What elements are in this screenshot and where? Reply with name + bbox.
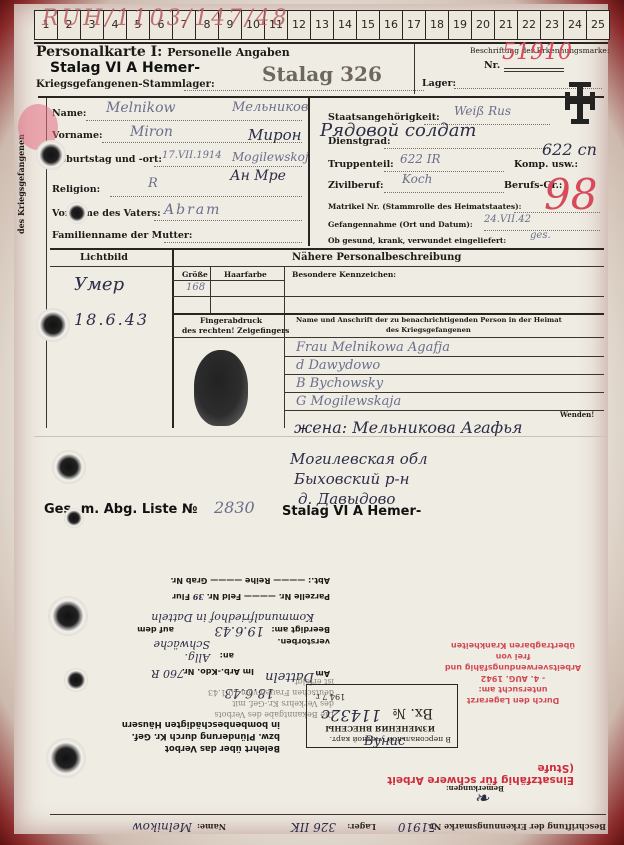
medical-stamp-line: Durch den Lagerarzt (438, 695, 588, 706)
naehere-label: Nähere Personalbeschreibung (292, 252, 461, 263)
geburt-value: 17.VII.1914 (162, 150, 222, 161)
footer-lager-value: 326 IIK (291, 820, 336, 834)
truppe-label: Truppenteil: (328, 159, 394, 170)
strip-cell: 24 (564, 11, 587, 39)
cyrillic-contact: жена: Мельникова Агафья (294, 418, 523, 437)
russian-stamp-vx-label: Вх. № (393, 705, 433, 721)
strip-cell: 22 (518, 11, 541, 39)
finger-label-2: des rechten! Zeigefingers (182, 326, 289, 335)
strip-cell: 16 (380, 11, 403, 39)
geburt-extra: Ан Мре (230, 168, 286, 184)
finger-label-1: Fingerabdruck (200, 316, 262, 325)
strip-cell: 25 (587, 11, 609, 39)
cyrillic-address-line: Могилевская обл (290, 450, 428, 468)
personal-card: 1234567891011121314151617181920212223242… (14, 4, 608, 834)
kontakt-rule (284, 374, 604, 375)
komp-value: 622 сп (542, 140, 597, 159)
vater-value: Abram (164, 202, 221, 218)
zivil-value: Koch (402, 172, 432, 186)
name-value-latin: Melnikow (106, 100, 176, 116)
punch-hole (52, 450, 86, 484)
footer-name-value: Melnikow (132, 820, 192, 834)
footer-label-2: Lager: (347, 822, 376, 832)
strip-cell: 19 (449, 11, 472, 39)
matrikel-label: Matrikel Nr. (Stammrolle des Heimatstaat… (328, 202, 521, 211)
card-title: Personalkarte I: Personelle Angaben (36, 44, 290, 60)
belehrt-line: Belehrt über das Verbot (110, 742, 280, 754)
footer-name-label: Name: (197, 822, 226, 832)
grave-label: Abt.: ———— Reihe ———— Grab Nr. (170, 576, 330, 586)
dienstgrad-value: Рядовой солдат (320, 120, 477, 141)
belehrt-line: in bombenbeschädigten Häusern (110, 718, 280, 730)
burial-section: Am Datteln Im Arb.-Kdo. Nr. 760 R 18.6.4… (134, 570, 334, 680)
strip-handwriting: RUH/1103/147/48 (42, 6, 290, 31)
punch-hole (64, 668, 88, 692)
gesund-label: Ob gesund, krank, verwundet eingeliefert… (328, 236, 506, 245)
kontakt-rule (284, 410, 604, 411)
russian-stamp-year: 194 7 г. (313, 692, 345, 701)
medical-stamp-line: Arbeitsverwendungsfähig und frei von (438, 651, 588, 673)
religion-value: R (148, 176, 158, 191)
arb-kdo-value: 760 R (151, 667, 184, 680)
strip-cell: 18 (426, 11, 449, 39)
strip-cell: 17 (403, 11, 426, 39)
gesund-value: ges. (530, 230, 551, 241)
id-tag-nr-value: 51910 (502, 40, 572, 65)
kontakt-line: Frau Melnikowa Agafja (296, 340, 450, 355)
camp-stamp-top: Stalag VI A Hemer- (50, 60, 200, 76)
side-label: des Kriegsgefangenen (16, 134, 26, 234)
footer-label-1: Beschriftung der Erkennungsmarke Nr. (428, 822, 606, 832)
liste-value: 2830 (214, 498, 255, 517)
groesse-label: Größe (182, 270, 208, 279)
vorname-value-cyrillic: Мирон (248, 126, 302, 144)
footer-line: Beschriftung der Erkennungsmarke Nr. 519… (50, 816, 606, 832)
footer-nr-value: 51910 (398, 820, 436, 834)
religion-label: Religion: (52, 184, 100, 195)
truppe-value: 622 IR (400, 152, 441, 166)
arb-kdo-label: Im Arb.-Kdo. Nr. (182, 667, 254, 676)
vorname-value-latin: Miron (130, 124, 173, 140)
title-text: Personalkarte I: (36, 44, 162, 60)
gefangen-label: Gefangennahme (Ort und Datum): (328, 220, 473, 229)
kontakt-line: B Bychowsky (296, 376, 383, 391)
strip-cell: 13 (311, 11, 334, 39)
punch-hole (46, 738, 86, 778)
fingerprint (194, 350, 248, 426)
punch-hole (66, 202, 88, 224)
name-label: Name: (52, 108, 86, 119)
strip-cell: 15 (357, 11, 380, 39)
belehrt-line: bzw. Plünderung durch Kr. Gef. (110, 730, 280, 742)
beerdigt-label: Beerdigt am: (271, 625, 330, 634)
work-fitness-stamp: Einsatzfähig für schwere Arbeit (Stufe (374, 762, 574, 786)
friedhof-value: Kommunalfriedhof in Datteln (151, 611, 314, 624)
pluenderung-notice: Belehrt über das Verbotbzw. Plünderung d… (110, 718, 280, 754)
strip-cell: 14 (334, 11, 357, 39)
staat-value: Weiß Rus (454, 104, 511, 118)
camp-label: Kriegsgefangenen-Stammlager: (36, 79, 215, 90)
kontakt-rule (284, 392, 604, 393)
kontakt-header-1: Name und Anschrift der zu benachrichtige… (296, 316, 562, 324)
kontakt-line: d Dawydowo (296, 358, 380, 373)
punch-hole (36, 140, 66, 170)
lichtbild-note: Умер (74, 274, 124, 295)
lichtbild-label: Lichtbild (80, 252, 128, 263)
punch-hole (36, 308, 70, 342)
double-cross-icon (562, 80, 598, 126)
medical-stamp-line: übertragbaren Krankheiten (438, 640, 588, 651)
camp-stamp-bottom: Stalag VI A Hemer- (282, 504, 421, 519)
medical-stamp: Durch den Lagerarztuntersucht am:- 4. AU… (438, 640, 588, 706)
mutter-label: Familienname der Mutter: (52, 230, 192, 241)
kontakt-rule (284, 356, 604, 357)
vorname-label: Vorname: (52, 130, 103, 141)
haarfarbe-label: Haarfarbe (224, 270, 267, 279)
id-tag-nr-label: Nr. (484, 60, 500, 71)
russian-stamp-note: Вунис (364, 734, 405, 749)
auf-dem-label: auf dem (137, 625, 174, 634)
wenden-label: Wenden! (560, 410, 594, 419)
strip-cell: 12 (288, 11, 311, 39)
name-value-cyrillic: Мельников (232, 100, 308, 115)
punch-hole (64, 508, 84, 528)
zivil-label: Zivilberuf: (328, 180, 383, 191)
groesse-value: 168 (186, 282, 205, 293)
komp-label: Komp. usw.: (514, 159, 578, 170)
camp-value: Stalag 326 (262, 62, 382, 86)
signature: ❧ (474, 788, 489, 809)
an-label: an: (220, 651, 234, 660)
russian-stamp-vx-value: 11432с (321, 706, 381, 725)
punch-hole (48, 596, 88, 636)
gefangen-value: 24.VII.42 (484, 214, 531, 225)
subtitle-text: Personelle Angaben (167, 46, 290, 59)
geburt-place: Mogilewskoj (232, 150, 309, 164)
medical-stamp-line: untersucht am: (438, 684, 588, 695)
strip-cell: 20 (472, 11, 495, 39)
kontakt-line: G Mogilewskaja (296, 394, 401, 409)
lichtbild-date: 18.6.43 (74, 310, 149, 329)
an-value: Allg. Schwäche (134, 638, 210, 664)
geburt-label: Geburtstag und -ort: (52, 154, 162, 165)
parzelle-label: Parzelle Nr. ———— Feld Nr. 39 Flur (172, 592, 330, 602)
kontakt-header-2: des Kriegsgefangenen (386, 326, 471, 334)
verstorben-label: verstorben. (278, 637, 331, 646)
russian-stamp-line2: ИЗМЕНЕНИЯ ВНЕСЕНЫ (325, 724, 435, 733)
strip-cell: 21 (495, 11, 518, 39)
cyrillic-address-line: Быховский р-н (294, 470, 409, 488)
strip-cell: 23 (541, 11, 564, 39)
lager-label: Lager: (422, 78, 456, 89)
medical-stamp-line: - 4. AUG. 1942 (438, 673, 588, 684)
beerdigt-value: 19.6.43 (214, 623, 264, 638)
besondere-label: Besondere Kennzeichen: (292, 270, 396, 279)
